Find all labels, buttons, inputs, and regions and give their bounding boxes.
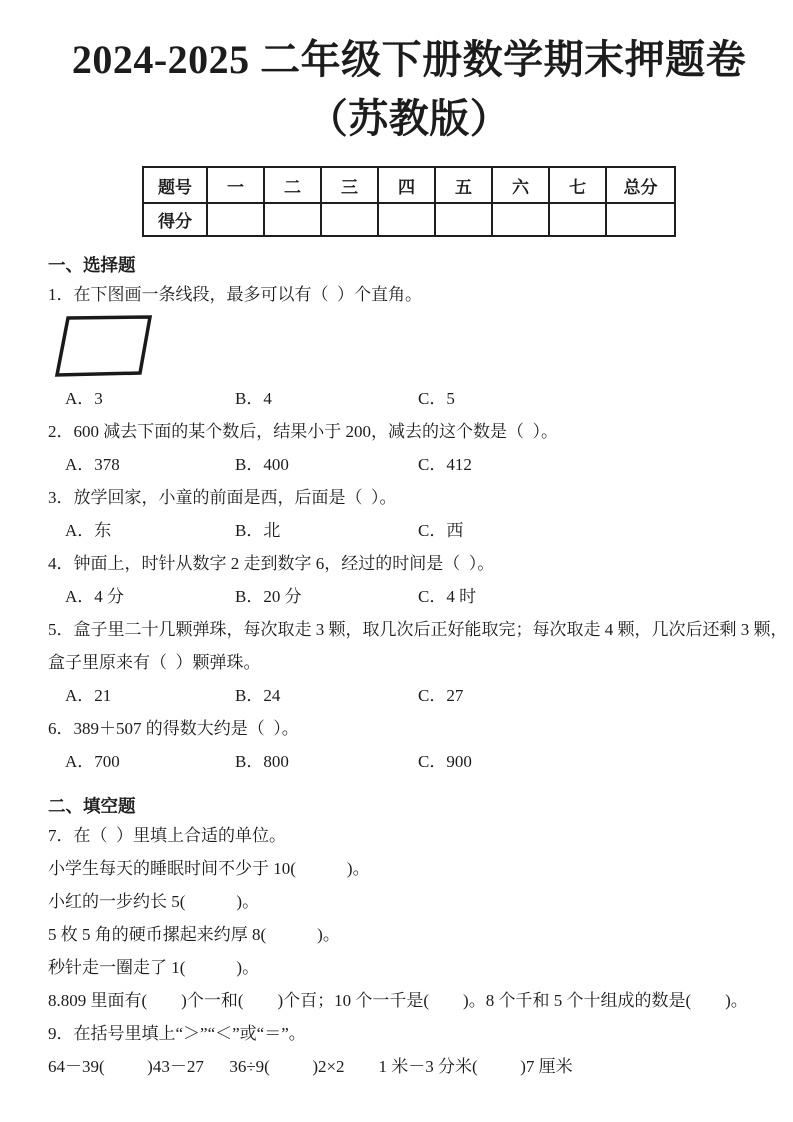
score-table-header-cell: 四 [378, 167, 435, 203]
question-4-option-a: A．4 分 [65, 580, 235, 613]
question-5-text-line1: 5．盒子里二十几颗弹珠，每次取走 3 颗，取几次后正好能取完；每次取走 4 颗，… [48, 613, 770, 646]
section-heading-choice: 一、选择题 [48, 252, 770, 278]
question-7-subline-second-hand: 秒针走一圈走了 1( )。 [48, 951, 770, 984]
question-3-option-b: B．北 [235, 514, 418, 547]
score-table-header-cell: 六 [492, 167, 549, 203]
score-row-label: 得分 [143, 203, 207, 236]
score-table-header-cell: 总分 [606, 167, 675, 203]
question-2-text: 2．600 减去下面的某个数后，结果小于 200，减去的这个数是（ ）。 [48, 415, 770, 448]
question-5-option-b: B．24 [235, 679, 418, 712]
question-5-options: A．21 B．24 C．27 [48, 679, 770, 712]
question-7-text: 7．在（ ）里填上合适的单位。 [48, 819, 770, 852]
question-6-option-b: B．800 [235, 745, 418, 778]
score-table-header-cell: 题号 [143, 167, 207, 203]
score-cell [264, 203, 321, 236]
question-4-options: A．4 分 B．20 分 C．4 时 [48, 580, 770, 613]
score-cell [321, 203, 378, 236]
question-1-option-a: A．3 [65, 382, 235, 415]
question-2-options: A．378 B．400 C．412 [48, 448, 770, 481]
question-5-text-line2: 盒子里原来有（ ）颗弹珠。 [48, 646, 770, 679]
question-3-option-a: A．东 [65, 514, 235, 547]
question-1-option-b: B．4 [235, 382, 418, 415]
score-cell [435, 203, 492, 236]
score-cell [606, 203, 675, 236]
question-3-options: A．东 B．北 C．西 [48, 514, 770, 547]
question-1-options: A．3 B．4 C．5 [48, 382, 770, 415]
question-9-expressions: 64－39( )43－27 36÷9( )2×2 1 米－3 分米( )7 厘米 [48, 1050, 770, 1083]
question-4-option-b: B．20 分 [235, 580, 418, 613]
parallelogram-figure [52, 314, 770, 380]
question-1-option-c: C．5 [418, 382, 770, 415]
question-3-option-c: C．西 [418, 514, 770, 547]
question-2-option-b: B．400 [235, 448, 418, 481]
question-2-option-a: A．378 [65, 448, 235, 481]
section-heading-fill: 二、填空题 [48, 793, 770, 819]
question-2-option-c: C．412 [418, 448, 770, 481]
question-1-text: 1．在下图画一条线段，最多可以有（ ）个直角。 [48, 278, 770, 311]
question-6-text: 6．389＋507 的得数大约是（ ）。 [48, 712, 770, 745]
question-8-text: 8.809 里面有( )个一和( )个百；10 个一千是( )。8 个千和 5 … [48, 984, 770, 1017]
score-table: 题号 一 二 三 四 五 六 七 总分 得分 [142, 166, 676, 237]
score-cell [492, 203, 549, 236]
parallelogram-shape-icon [52, 314, 156, 380]
question-3-text: 3．放学回家，小童的前面是西，后面是（ ）。 [48, 481, 770, 514]
question-7-subline-sleep: 小学生每天的睡眠时间不少于 10( )。 [48, 852, 770, 885]
score-table-header-row: 题号 一 二 三 四 五 六 七 总分 [143, 167, 675, 203]
question-6-option-a: A．700 [65, 745, 235, 778]
question-6-option-c: C．900 [418, 745, 770, 778]
score-table-header-cell: 三 [321, 167, 378, 203]
score-cell [549, 203, 606, 236]
exam-paper: 2024-2025 二年级下册数学期末押题卷 （苏教版） 题号 一 二 三 四 … [0, 0, 793, 1122]
question-9-text: 9．在括号里填上“＞”“＜”或“＝”。 [48, 1017, 770, 1050]
score-table-header-cell: 二 [264, 167, 321, 203]
question-6-options: A．700 B．800 C．900 [48, 745, 770, 778]
question-7-subline-coins: 5 枚 5 角的硬币摞起来约厚 8( )。 [48, 918, 770, 951]
score-table-header-cell: 五 [435, 167, 492, 203]
score-cell [207, 203, 264, 236]
question-7-subline-step: 小红的一步约长 5( )。 [48, 885, 770, 918]
exam-title-line2: （苏教版） [48, 93, 770, 145]
question-4-option-c: C．4 时 [418, 580, 770, 613]
score-table-header-cell: 一 [207, 167, 264, 203]
score-table-score-row: 得分 [143, 203, 675, 236]
question-4-text: 4．钟面上，时针从数字 2 走到数字 6，经过的时间是（ ）。 [48, 547, 770, 580]
question-5-option-a: A．21 [65, 679, 235, 712]
score-table-header-cell: 七 [549, 167, 606, 203]
question-5-option-c: C．27 [418, 679, 770, 712]
exam-title-line1: 2024-2025 二年级下册数学期末押题卷 [48, 34, 770, 86]
score-cell [378, 203, 435, 236]
